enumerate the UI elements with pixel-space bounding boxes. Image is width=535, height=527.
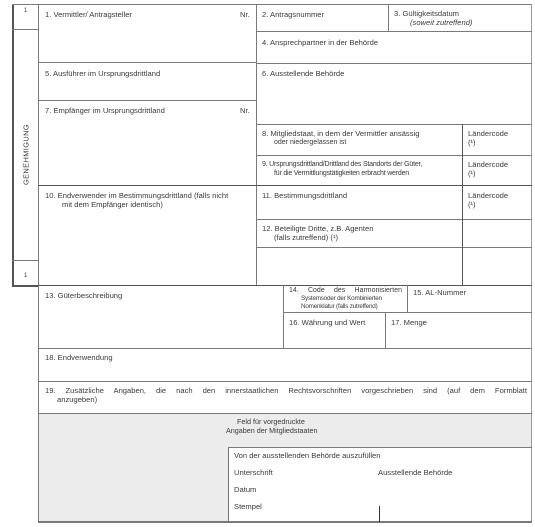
- field-12-third-parties[interactable]: 12. Beteiligte Dritte, z.B. Agenten (fal…: [257, 220, 462, 285]
- field-18-end-use[interactable]: 18. Endverwendung: [39, 349, 531, 381]
- issuing-authority-field[interactable]: [376, 466, 531, 506]
- field-9-country-code[interactable]: Ländercode (¹): [463, 156, 531, 185]
- field-10-label-2: mit dem Empfänger identisch): [62, 200, 163, 210]
- field-4-contact-person[interactable]: 4. Ansprechpartner in der Behörde: [257, 32, 531, 63]
- field-4-label: 4. Ansprechpartner in der Behörde: [262, 38, 378, 48]
- field-6-issuing-authority[interactable]: 6. Ausstellende Behörde: [257, 64, 531, 124]
- preprinted-label-2: Angaben der Mitgliedstaaten: [226, 426, 318, 436]
- field-6-label: 6. Ausstellende Behörde: [262, 69, 344, 79]
- field-7-consignee[interactable]: 7. Empfänger im Ursprungsdrittland Nr.: [39, 101, 256, 185]
- field-9-origin-country[interactable]: 9. Ursprungsdrittland/Drittland des Stan…: [257, 156, 462, 185]
- field-16-currency-value[interactable]: 16. Währung und Wert: [284, 313, 385, 348]
- field-13-goods-description[interactable]: 13. Güterbeschreibung: [39, 287, 283, 348]
- field-17-label: 17. Menge: [391, 318, 427, 328]
- field-19-additional-info[interactable]: 19. Zusätzliche Angaben, die nach den in…: [39, 382, 531, 413]
- field-11-label: 11. Bestimmungsdrittland: [262, 191, 347, 201]
- field-14-label-3: Nomenklatur (falls zutreffend): [301, 303, 377, 311]
- field-5-label: 5. Ausführer im Ursprungsdrittland: [45, 69, 160, 79]
- side-number-bottom: 1: [24, 272, 27, 282]
- field-8-label-2: oder niedergelassen ist: [274, 138, 346, 148]
- field-16-label: 16. Währung und Wert: [289, 318, 365, 328]
- field-9-label-2: für die Vermittlungstätigkeiten erbracht…: [274, 169, 409, 179]
- field-1-broker[interactable]: 1. Vermittler/ Antragsteller Nr.: [39, 5, 256, 62]
- field-11-country-code[interactable]: Ländercode (¹): [463, 187, 531, 219]
- field-2-label: 2. Antragsnummer: [262, 10, 324, 20]
- field-17-quantity[interactable]: 17. Menge: [386, 313, 531, 348]
- field-10-end-user[interactable]: 10. Endverwender im Bestimmungsdrittland…: [39, 187, 256, 285]
- field-19-label-2: anzugeben): [57, 395, 97, 405]
- side-number-top: 1: [24, 7, 27, 17]
- field-14-label-1: 14. Code des Harmonisierten: [289, 287, 402, 295]
- field-13-label: 13. Güterbeschreibung: [45, 291, 122, 301]
- field-9-code-note: (¹): [468, 169, 476, 179]
- field-19-label-1: 19. Zusätzliche Angaben, die nach den in…: [45, 386, 527, 396]
- signature-field[interactable]: [229, 466, 379, 480]
- field-5-exporter[interactable]: 5. Ausführer im Ursprungsdrittland: [39, 63, 256, 100]
- authority-title: Von der ausstellenden Behörde auszufülle…: [234, 451, 381, 461]
- field-3-note: (soweit zutreffend): [410, 18, 472, 28]
- stamp-field[interactable]: [229, 500, 379, 521]
- field-7-label: 7. Empfänger im Ursprungsdrittland: [45, 106, 165, 116]
- field-15-al-number[interactable]: 15. AL-Nummer: [408, 287, 531, 312]
- field-12-extra[interactable]: [463, 220, 531, 285]
- field-14-label-2: Systemsoder der Kombinierten: [301, 295, 382, 303]
- field-14-hs-code[interactable]: 14. Code des Harmonisierten Systemsoder …: [284, 287, 407, 312]
- field-8-code-note: (¹): [468, 138, 476, 148]
- field-2-application-number[interactable]: 2. Antragsnummer: [257, 5, 388, 31]
- field-12-label-2: (falls zutreffend) (¹): [274, 233, 338, 243]
- field-15-label: 15. AL-Nummer: [413, 288, 466, 298]
- field-1-label: 1. Vermittler/ Antragsteller: [45, 10, 132, 20]
- field-8-member-state[interactable]: 8. Mitgliedstaat, in dem der Vermittler …: [257, 125, 462, 155]
- field-8-country-code[interactable]: Ländercode (¹): [463, 125, 531, 155]
- field-1-nr: Nr.: [240, 10, 250, 20]
- field-3-validity-date[interactable]: 3. Gültigkeitsdatum (soweit zutreffend): [389, 5, 531, 31]
- date-field[interactable]: [229, 483, 376, 497]
- field-7-nr: Nr.: [240, 106, 250, 116]
- side-vertical-label: GENEHMIGUNG: [22, 120, 31, 190]
- field-11-code-note: (¹): [468, 200, 476, 210]
- field-18-label: 18. Endverwendung: [45, 353, 113, 363]
- field-11-destination-country[interactable]: 11. Bestimmungsdrittland: [257, 187, 462, 219]
